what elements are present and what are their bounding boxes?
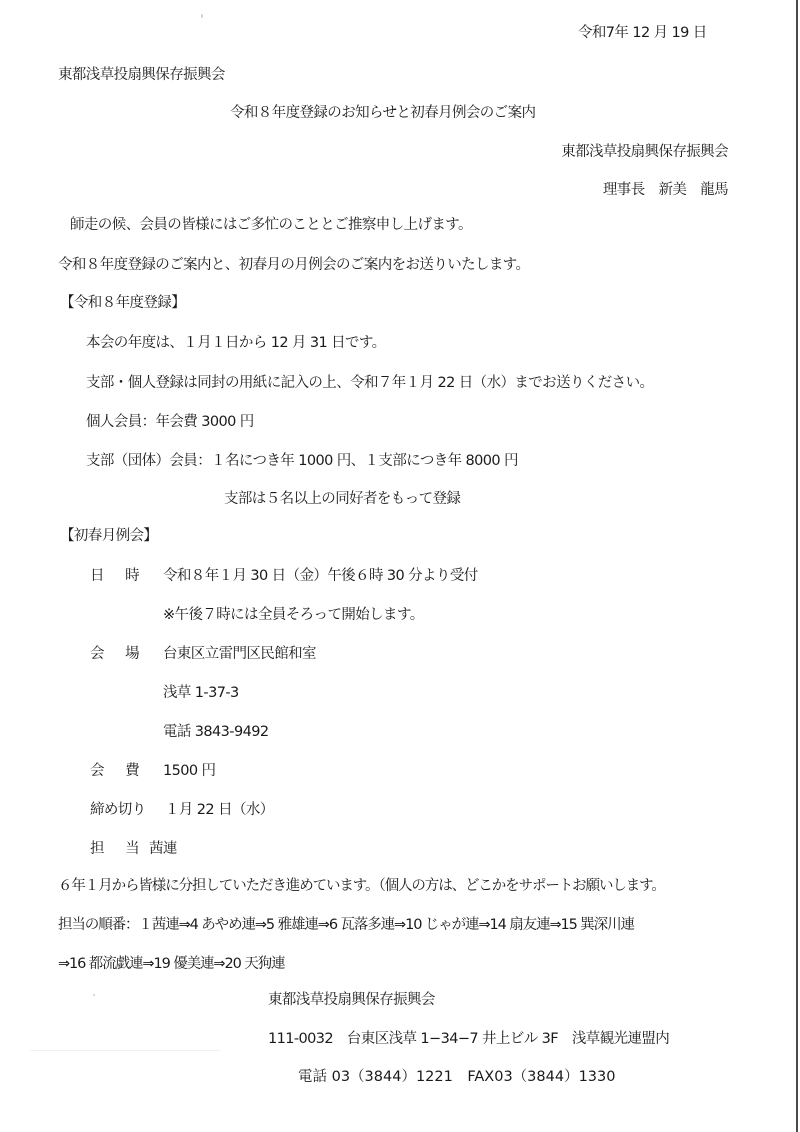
registration-note: 支部は５名以上の同好者をもって登録: [224, 490, 460, 508]
deadline-label: 締め切り: [90, 801, 146, 819]
datetime-value: 令和８年１月 30 日（金）午後６時 30 分より受付: [163, 567, 478, 585]
document-page: 令和7年 12 月 19 日 東都浅草投扇興保存振興会 令和８年度登録のお知らせ…: [0, 0, 800, 1132]
sender-person: 理事長 新美 龍馬: [603, 181, 728, 199]
rotation-intro: ６年１月から皆様に分担していただき進めています。（個人の方は、どこかをサポートお…: [58, 877, 665, 895]
registration-line: 支部（団体）会員：１名につき年 1000 円、１支部につき年 8000 円: [86, 452, 518, 470]
deadline-value: １月 22 日（水）: [165, 801, 274, 819]
greeting: 師走の候、会員の皆様にはご多忙のこととご推察申し上げます。: [70, 216, 472, 234]
datetime-note: ※午後７時には全員そろって開始します。: [163, 606, 424, 624]
scan-speck: [201, 14, 203, 18]
recipient: 東都浅草投扇興保存振興会: [58, 66, 225, 84]
rotation-order-line: ⇒16 都流戯連⇒19 優美連⇒20 天狗連: [58, 955, 284, 973]
registration-line: 個人会員：年会費 3000 円: [86, 413, 254, 431]
scan-edge-line: [796, 0, 798, 1132]
fee-value: 1500 円: [163, 762, 215, 780]
registration-line: 本会の年度は、１月１日から 12 月 31 日です。: [86, 334, 386, 352]
meeting-heading: 【初春月例会】: [60, 527, 157, 545]
footer-address: 111-0032 台東区浅草 1−34−7 井上ビル 3F 浅草観光連盟内: [268, 1030, 669, 1048]
document-title: 令和８年度登録のお知らせと初春月例会のご案内: [230, 104, 535, 122]
venue-line: 浅草 1-37-3: [163, 684, 239, 702]
document-date: 令和7年 12 月 19 日: [578, 24, 707, 42]
registration-heading: 【令和８年度登録】: [60, 294, 185, 312]
intro: 令和８年度登録のご案内と、初春月の月例会のご案内をお送りいたします。: [58, 256, 529, 274]
rotation-order-line: 担当の順番：１茜連⇒4 あやめ連⇒5 雅雄連⇒6 瓦落多連⇒10 じゃが連⇒14…: [58, 916, 634, 934]
charge-label: 担 当: [90, 840, 148, 858]
registration-line: 支部・個人登録は同封の用紙に記入の上、令和７年１月 22 日（水）までお送りくだ…: [86, 374, 653, 392]
charge-value: 茜連: [149, 840, 177, 858]
footer-contact: 電話 03（3844）1221 FAX03（3844）1330: [298, 1068, 615, 1086]
venue-line: 電話 3843-9492: [163, 723, 268, 741]
venue-label: 会 場: [90, 645, 148, 663]
sender-org: 東都浅草投扇興保存振興会: [561, 143, 728, 161]
datetime-label: 日 時: [90, 567, 148, 585]
scan-artifact: [30, 1050, 220, 1051]
fee-label: 会 費: [90, 762, 148, 780]
scan-speck: [93, 994, 95, 996]
footer-org: 東都浅草投扇興保存振興会: [268, 991, 435, 1009]
venue-line: 台東区立雷門区民館和室: [163, 645, 316, 663]
